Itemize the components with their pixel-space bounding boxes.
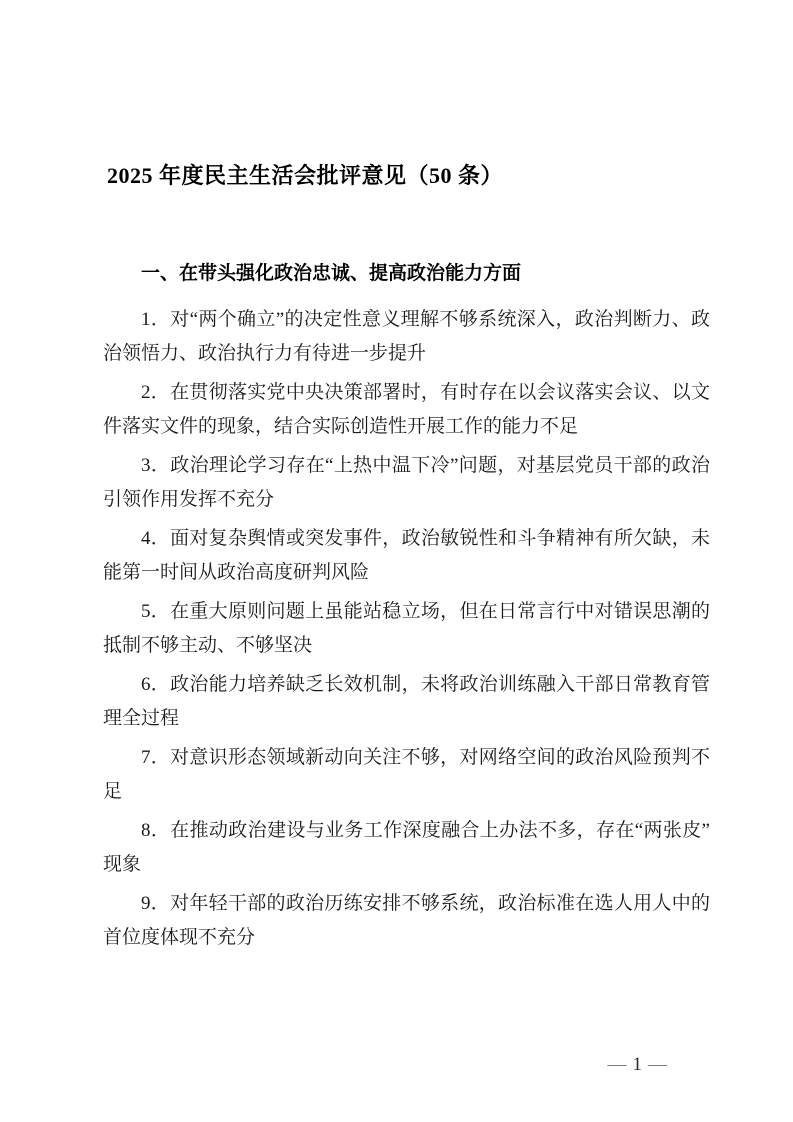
page-number-dash-right: — bbox=[648, 1054, 667, 1075]
page-number-dash-left: — bbox=[608, 1054, 627, 1075]
document-title: 2025 年度民主生活会批评意见（50 条） bbox=[103, 0, 710, 191]
list-item: 1．对“两个确立”的决定性意义理解不够系统深入，政治判断力、政治领悟力、政治执行… bbox=[103, 303, 710, 371]
list-item: 9．对年轻干部的政治历练安排不够系统，政治标准在选人用人中的首位度体现不充分 bbox=[103, 887, 710, 955]
list-item: 2．在贯彻落实党中央决策部署时，有时存在以会议落实会议、以文件落实文件的现象，结… bbox=[103, 376, 710, 444]
list-item: 3．政治理论学习存在“上热中温下冷”问题，对基层党员干部的政治引领作用发挥不充分 bbox=[103, 449, 710, 517]
list-item: 8．在推动政治建设与业务工作深度融合上办法不多，存在“两张皮”现象 bbox=[103, 814, 710, 882]
list-item: 7．对意识形态领域新动向关注不够，对网络空间的政治风险预判不足 bbox=[103, 741, 710, 809]
document-content: 2025 年度民主生活会批评意见（50 条） 一、在带头强化政治忠诚、提高政治能… bbox=[103, 0, 710, 955]
item-list: 1．对“两个确立”的决定性意义理解不够系统深入，政治判断力、政治领悟力、政治执行… bbox=[103, 303, 710, 955]
list-item: 4．面对复杂舆情或突发事件，政治敏锐性和斗争精神有所欠缺，未能第一时间从政治高度… bbox=[103, 522, 710, 590]
list-item: 6．政治能力培养缺乏长效机制，未将政治训练融入干部日常教育管理全过程 bbox=[103, 668, 710, 736]
document-page: 2025 年度民主生活会批评意见（50 条） 一、在带头强化政治忠诚、提高政治能… bbox=[0, 0, 793, 1122]
page-number-value: 1 bbox=[627, 1054, 649, 1075]
page-number: —1— bbox=[589, 1032, 668, 1098]
list-item: 5．在重大原则问题上虽能站稳立场，但在日常言行中对错误思潮的抵制不够主动、不够坚… bbox=[103, 595, 710, 663]
section-heading: 一、在带头强化政治忠诚、提高政治能力方面 bbox=[103, 261, 710, 287]
